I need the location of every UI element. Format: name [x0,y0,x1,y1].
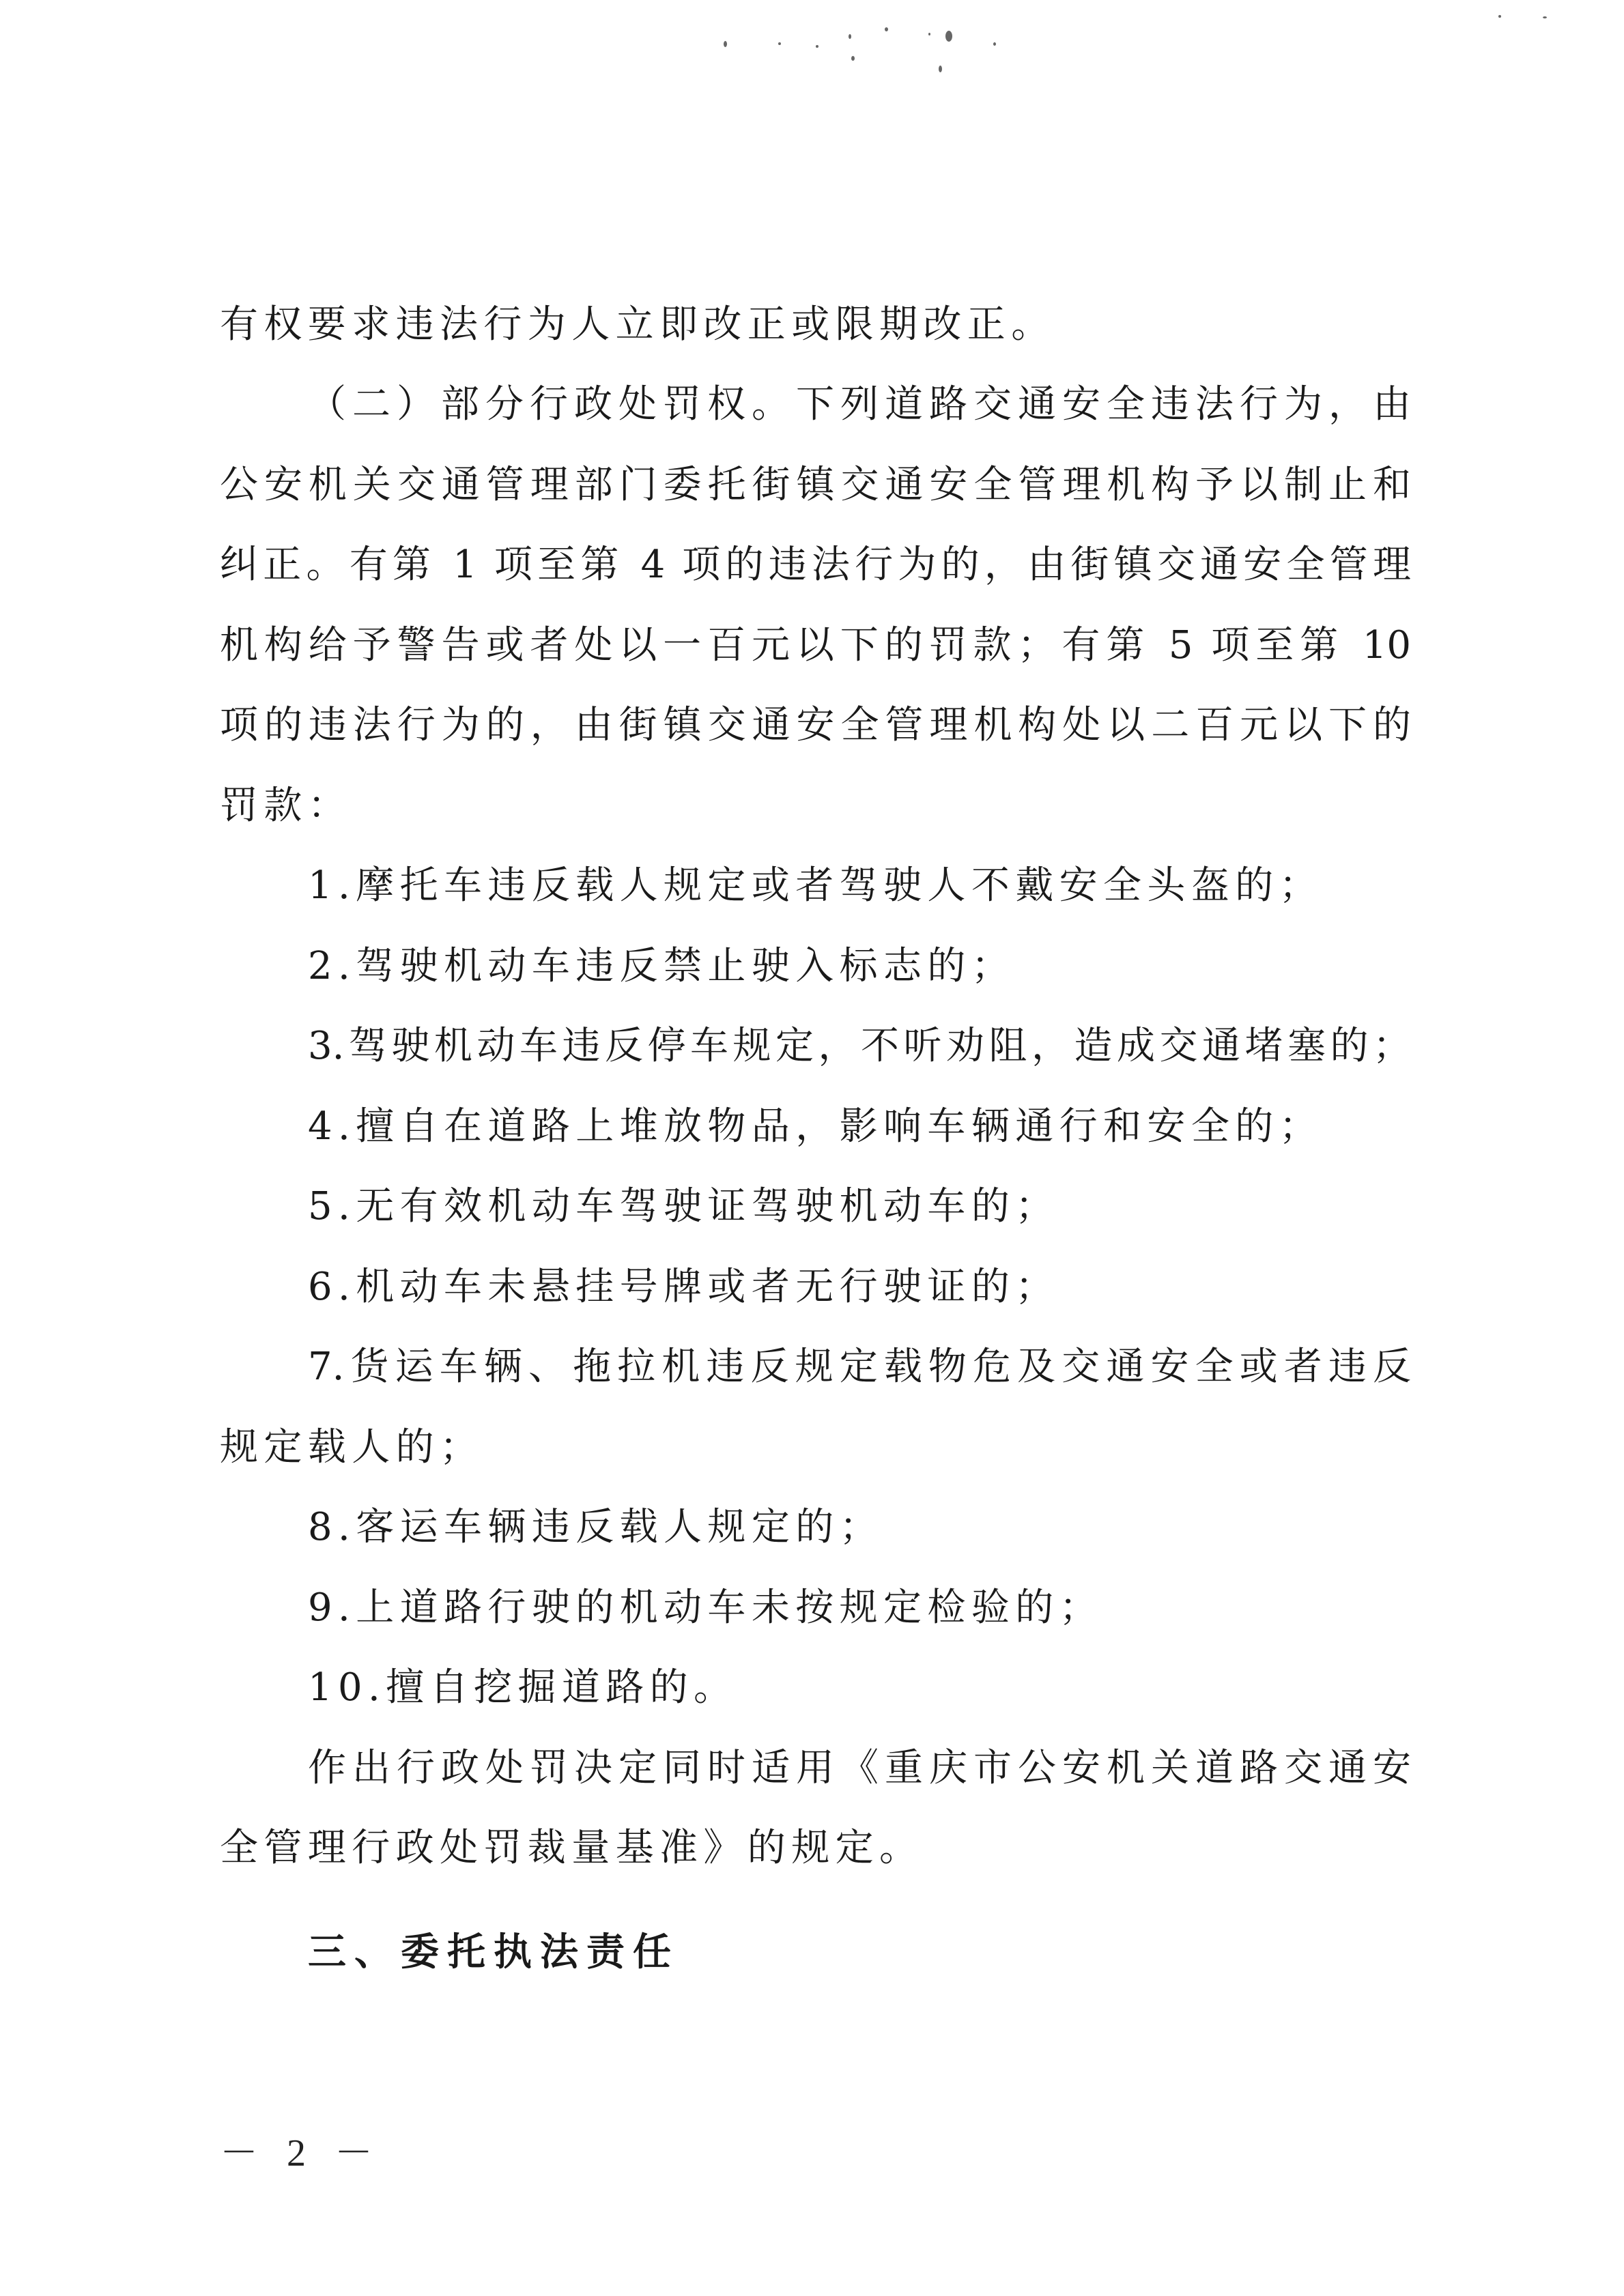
list-item: 5.无有效机动车驾驶证驾驶机动车的； [308,1166,1411,1246]
text-line: （二）部分行政处罚权。下列道路交通安全违法行为，由 [308,364,1411,444]
list-item: 2.驾驶机动车违反禁止驶入标志的； [308,926,1411,1006]
list-item: 8.客运车辆违反载人规定的； [308,1487,1411,1567]
text-line: 全管理行政处罚裁量基准》的规定。 [220,1808,1411,1888]
section-heading: 三、委托执法责任 [308,1912,1411,1992]
list-item: 4.擅自在道路上堆放物品，影响车辆通行和安全的； [308,1087,1411,1166]
list-item: 1.摩托车违反载人规定或者驾驶人不戴安全头盔的； [308,846,1411,925]
list-item: 9.上道路行驶的机动车未按规定检验的； [308,1568,1411,1648]
scan-speck [851,56,855,61]
document-page: 有权要求违法行为人立即改正或限期改正。 （二）部分行政处罚权。下列道路交通安全违… [0,0,1624,2296]
list-item-continuation: 规定载人的； [220,1407,1411,1487]
scan-speck [849,34,851,39]
scan-speck [885,27,888,31]
list-item: 3.驾驶机动车违反停车规定，不听劝阻，造成交通堵塞的； [308,1006,1411,1086]
scan-speck [993,42,996,46]
scan-speck [816,45,818,48]
scan-speck [928,33,930,35]
page-number: － 2 － [220,2129,382,2177]
text-line: 纠正。有第 1 项至第 4 项的违法行为的，由街镇交通安全管理 [220,525,1411,605]
text-line: 罚款： [220,766,1411,846]
text-line: 有权要求违法行为人立即改正或限期改正。 [220,285,1411,364]
text-line: 作出行政处罚决定同时适用《重庆市公安机关道路交通安 [308,1728,1411,1808]
list-item: 7.货运车辆、拖拉机违反规定载物危及交通安全或者违反 [308,1327,1411,1407]
scan-speck [724,41,727,47]
list-item: 10.擅自挖掘道路的。 [308,1648,1411,1727]
scan-speck [778,42,781,45]
text-line: 公安机关交通管理部门委托街镇交通安全管理机构予以制止和 [220,445,1411,525]
scan-speck [939,66,942,72]
text-line: 项的违法行为的，由街镇交通安全管理机构处以二百元以下的 [220,685,1411,765]
text-line: 机构给予警告或者处以一百元以下的罚款；有第 5 项至第 10 [220,605,1411,685]
list-item: 6.机动车未悬挂号牌或者无行驶证的； [308,1247,1411,1327]
scan-speck [1543,16,1547,18]
scan-speck [1498,15,1501,18]
scan-speck [945,31,952,42]
